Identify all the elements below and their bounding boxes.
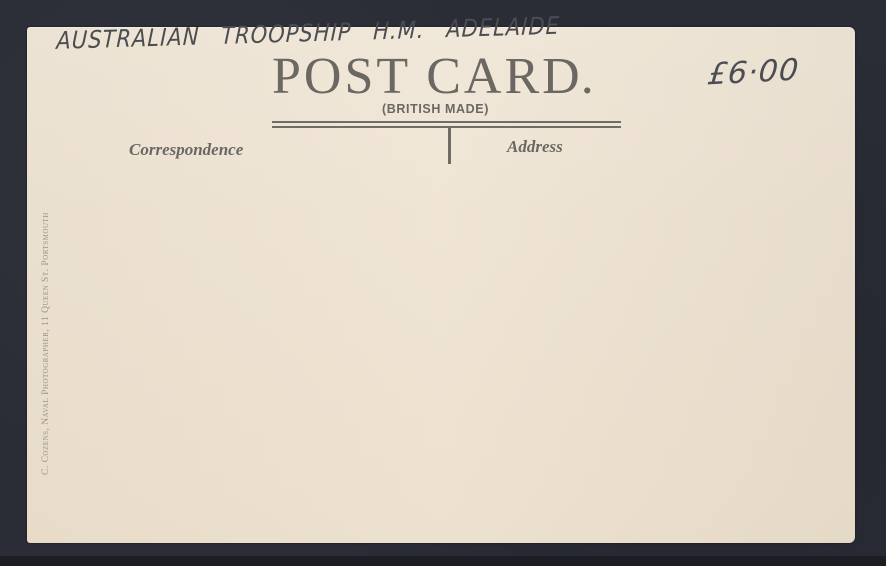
address-label: Address bbox=[507, 137, 563, 157]
handwritten-price: £6·00 bbox=[706, 53, 801, 93]
post-card-heading-period: . bbox=[581, 48, 597, 105]
header-rule-lower bbox=[272, 126, 621, 128]
post-card-heading: POST CARD. bbox=[272, 51, 597, 103]
publisher-imprint: C. Cozens, Naval Photographer, 11 Queen … bbox=[41, 212, 51, 475]
center-divider-line bbox=[448, 128, 451, 164]
british-made-subtitle: (BRITISH MADE) bbox=[382, 102, 489, 116]
post-card-heading-text: POST CARD bbox=[272, 48, 583, 105]
background-bottom-edge bbox=[0, 556, 886, 566]
postcard-back: AUSTRALIAN TROOPSHIP H.M. ADELAIDE £6·00… bbox=[27, 27, 855, 543]
correspondence-label: Correspondence bbox=[129, 140, 243, 160]
header-rule-upper bbox=[272, 121, 621, 123]
